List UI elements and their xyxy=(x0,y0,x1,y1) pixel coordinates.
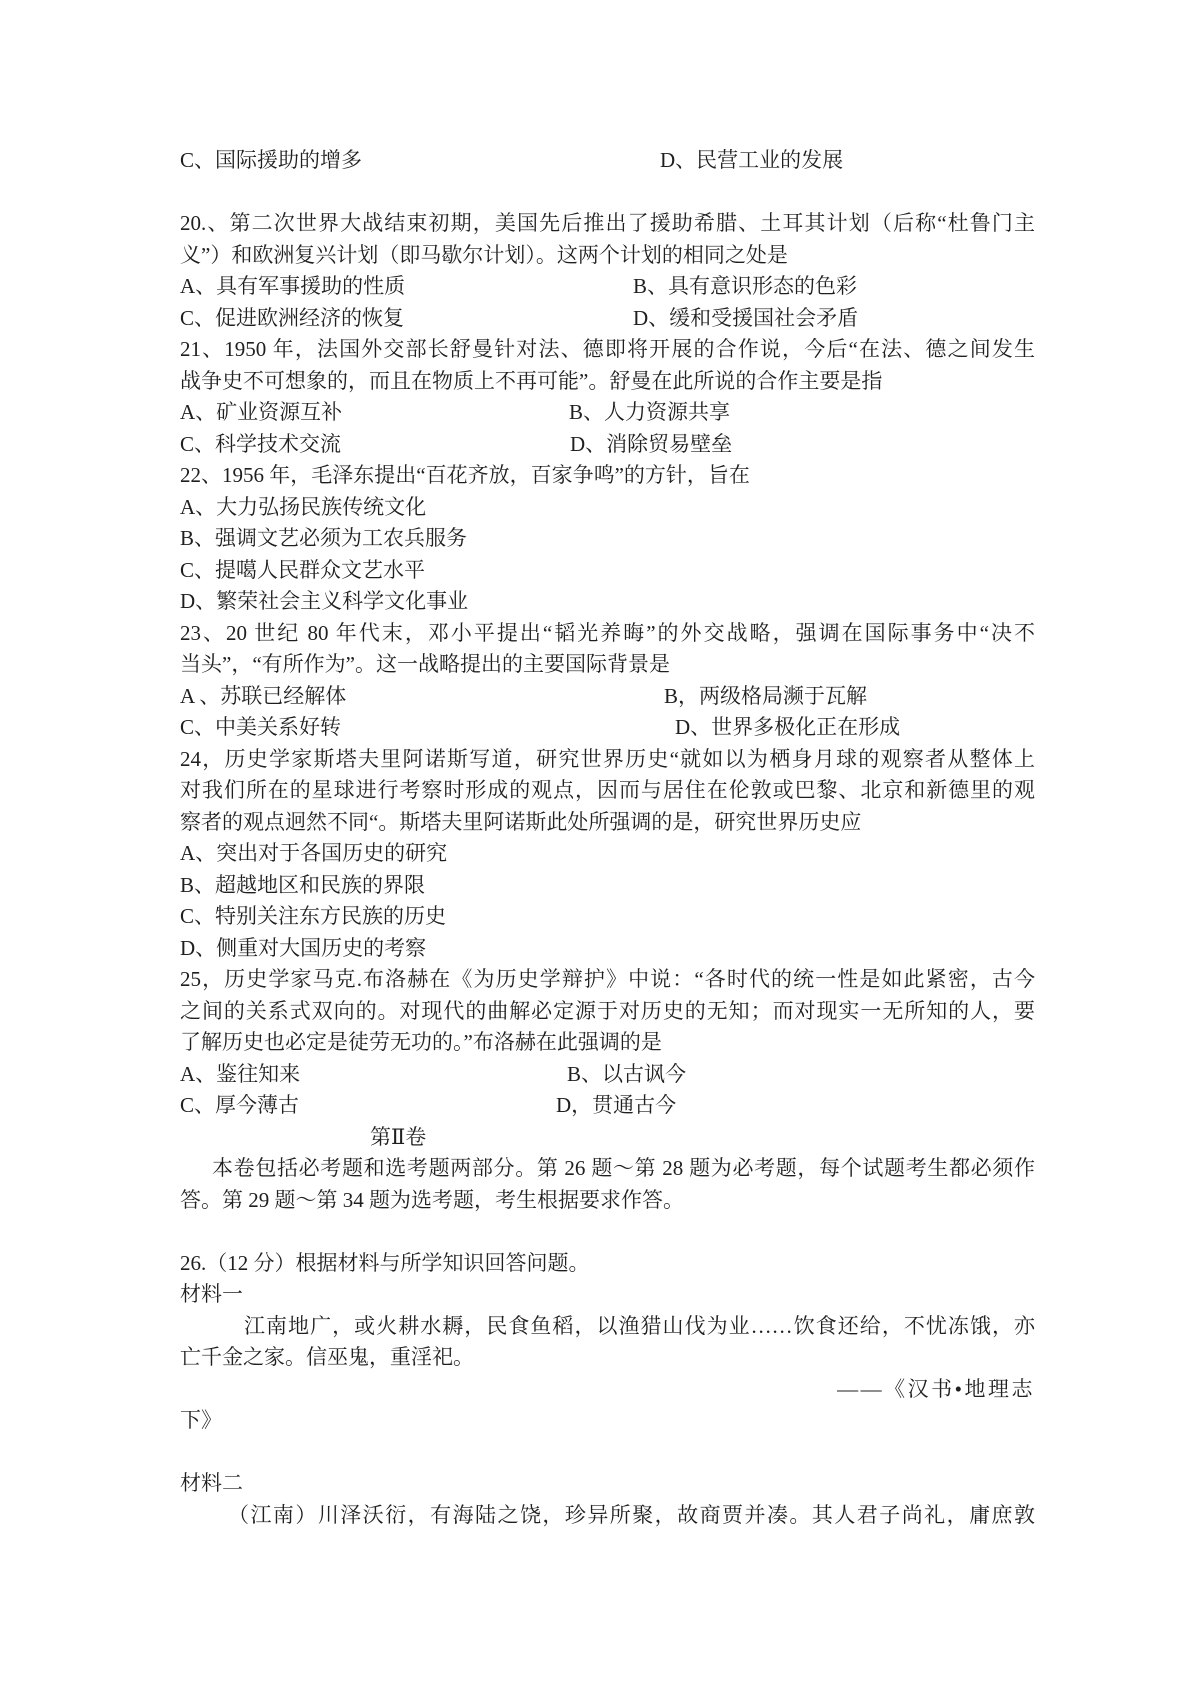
question-20-text-line-2: 义”）和欧洲复兴计划（即马歇尔计划）。这两个计划的相同之处是 xyxy=(180,240,1035,272)
material-1-label: 材料一 xyxy=(180,1279,1035,1311)
question-24-text-line-2: 对我们所在的星球进行考察时形成的观点，因而与居住在伦敦或巴黎、北京和新德里的观 xyxy=(180,775,1035,807)
exam-page: C、国际援助的增多 D、民营工业的发展 20.、第二次世界大战结束初期，美国先后… xyxy=(180,0,1035,1531)
question-23-options-row-ab: A 、苏联已经解体 B，两级格局濒于瓦解 xyxy=(180,681,1035,713)
question-22-option-d: D、繁荣社会主义科学文化事业 xyxy=(180,586,1035,618)
question-26-title: 26.（12 分）根据材料与所学知识回答问题。 xyxy=(180,1248,1035,1280)
question-20-option-d: D、缓和受援国社会矛盾 xyxy=(633,303,858,335)
question-25-option-b: B、以古讽今 xyxy=(567,1059,686,1091)
question-20-options-row-ab: A、具有军事援助的性质 B、具有意识形态的色彩 xyxy=(180,271,1035,303)
question-22-option-c: C、提噶人民群众文艺水平 xyxy=(180,555,1035,587)
question-24-option-c: C、特别关注东方民族的历史 xyxy=(180,901,1035,933)
carryover-option-d: D、民营工业的发展 xyxy=(660,145,843,177)
question-24-text-line-3: 察者的观点迥然不同“。斯塔夫里阿诺斯此处所强调的是，研究世界历史应 xyxy=(180,807,1035,839)
blank-line xyxy=(180,177,1035,209)
question-23-text-line-1: 23、20 世纪 80 年代末，邓小平提出“韬光养晦”的外交战略，强调在国际事务… xyxy=(180,618,1035,650)
material-2-text-line-1: （江南）川泽沃衍，有海陆之饶，珍异所聚，故商贾并凑。其人君子尚礼，庸庶敦 xyxy=(180,1500,1035,1532)
carryover-options-row: C、国际援助的增多 D、民营工业的发展 xyxy=(180,145,1035,177)
question-24-option-b: B、超越地区和民族的界限 xyxy=(180,870,1035,902)
question-25-text-line-2: 之间的关系式双向的。对现代的曲解必定源于对历史的无知；而对现实一无所知的人，要 xyxy=(180,996,1035,1028)
question-25-options-row-ab: A、鉴往知来 B、以古讽今 xyxy=(180,1059,1035,1091)
question-22-option-b: B、强调文艺必须为工农兵服务 xyxy=(180,523,1035,555)
question-20-options-row-cd: C、促进欧洲经济的恢复 D、缓和受援国社会矛盾 xyxy=(180,303,1035,335)
carryover-option-c: C、国际援助的增多 xyxy=(180,148,362,172)
question-20-option-b: B、具有意识形态的色彩 xyxy=(633,271,857,303)
question-20-text-line-1: 20.、第二次世界大战结束初期，美国先后推出了援助希腊、土耳其计划（后称“杜鲁门… xyxy=(180,208,1035,240)
question-23-option-b: B，两级格局濒于瓦解 xyxy=(664,681,867,713)
question-21-options-row-ab: A、矿业资源互补 B、人力资源共享 xyxy=(180,397,1035,429)
question-21-text-line-1: 21、1950 年，法国外交部长舒曼针对法、德即将开展的合作说，今后“在法、德之… xyxy=(180,334,1035,366)
material-1-text-line-1: 江南地广，或火耕水耨，民食鱼稻，以渔猎山伐为业……饮食还给，不忧冻饿，亦 xyxy=(180,1311,1035,1343)
material-1-source-line-2: 下》 xyxy=(180,1405,1035,1437)
question-23-option-c: C、中美关系好转 xyxy=(180,715,341,739)
question-21-options-row-cd: C、科学技术交流 D、消除贸易壁垒 xyxy=(180,429,1035,461)
question-24-text-line-1: 24，历史学家斯塔夫里阿诺斯写道，研究世界历史“就如以为栖身月球的观察者从整体上 xyxy=(180,744,1035,776)
question-24-option-a: A、突出对于各国历史的研究 xyxy=(180,838,1035,870)
question-21-option-b: B、人力资源共享 xyxy=(569,397,730,429)
question-23-option-d: D、世界多极化正在形成 xyxy=(675,712,900,744)
material-2-label: 材料二 xyxy=(180,1468,1035,1500)
question-23-option-a: A 、苏联已经解体 xyxy=(180,684,346,708)
blank-line xyxy=(180,1437,1035,1469)
question-23-options-row-cd: C、中美关系好转 D、世界多极化正在形成 xyxy=(180,712,1035,744)
question-21-option-c: C、科学技术交流 xyxy=(180,432,341,456)
question-23-text-line-2: 当头”，“有所作为”。这一战略提出的主要国际背景是 xyxy=(180,649,1035,681)
question-24-option-d: D、侧重对大国历史的考察 xyxy=(180,933,1035,965)
question-21-option-d: D、消除贸易壁垒 xyxy=(570,429,732,461)
question-25-option-d: D，贯通古今 xyxy=(556,1090,676,1122)
question-25-option-a: A、鉴往知来 xyxy=(180,1062,300,1086)
part-2-intro-line-1: 本卷包括必考题和选考题两部分。第 26 题～第 28 题为必考题，每个试题考生都… xyxy=(180,1153,1035,1185)
question-22-text-line-1: 22、1956 年，毛泽东提出“百花齐放，百家争鸣”的方针，旨在 xyxy=(180,460,1035,492)
material-1-text-line-2: 亡千金之家。信巫鬼，重淫祀。 xyxy=(180,1342,1035,1374)
part-2-intro-line-2: 答。第 29 题～第 34 题为选考题，考生根据要求作答。 xyxy=(180,1185,1035,1217)
question-22-option-a: A、大力弘扬民族传统文化 xyxy=(180,492,1035,524)
question-25-text-line-1: 25，历史学家马克.布洛赫在《为历史学辩护》中说：“各时代的统一性是如此紧密，古… xyxy=(180,964,1035,996)
blank-line xyxy=(180,1216,1035,1248)
question-20-option-a: A、具有军事援助的性质 xyxy=(180,274,405,298)
part-2-heading: 第Ⅱ卷 xyxy=(180,1122,1035,1154)
question-21-text-line-2: 战争史不可想象的，而且在物质上不再可能”。舒曼在此所说的合作主要是指 xyxy=(180,366,1035,398)
question-21-option-a: A、矿业资源互补 xyxy=(180,400,342,424)
material-1-source-line-1: ——《汉书•地理志 xyxy=(180,1374,1035,1406)
question-25-text-line-3: 了解历史也必定是徒劳无功的。”布洛赫在此强调的是 xyxy=(180,1027,1035,1059)
question-20-option-c: C、促进欧洲经济的恢复 xyxy=(180,306,404,330)
question-25-options-row-cd: C、厚今薄古 D，贯通古今 xyxy=(180,1090,1035,1122)
question-25-option-c: C、厚今薄古 xyxy=(180,1093,299,1117)
